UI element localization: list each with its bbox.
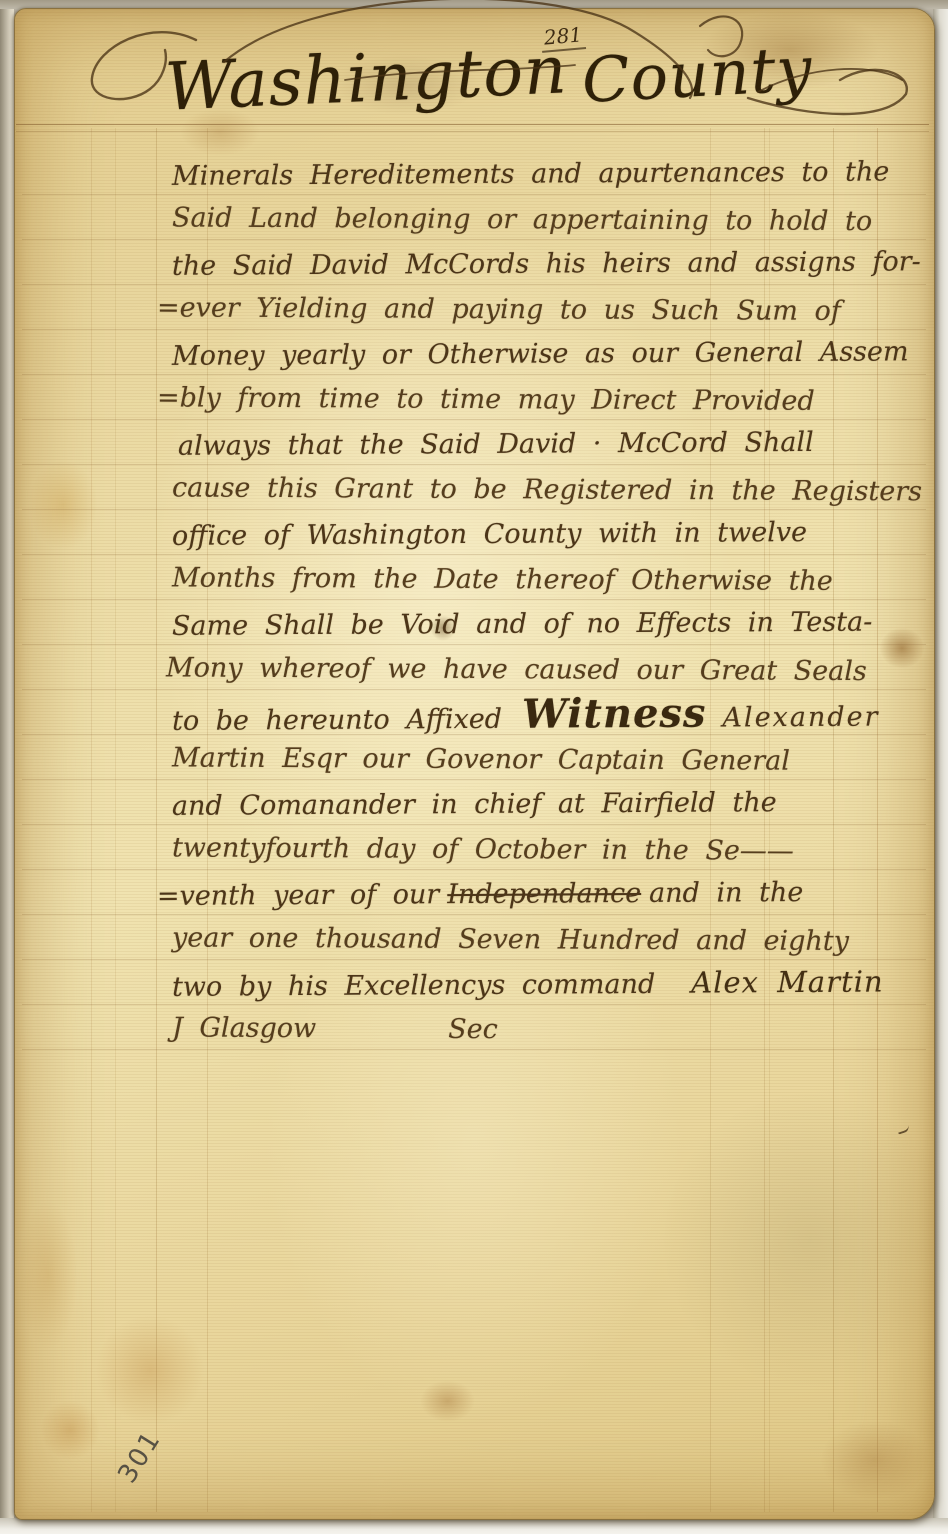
- line-text: and Comanander in chief at Fairfield the: [172, 787, 777, 822]
- manuscript-line: Months from the Date thereof Otherwise t…: [0, 555, 948, 605]
- manuscript-line: Mony whereof we have caused our Great Se…: [0, 645, 948, 695]
- line-text: Mony whereof we have caused our Great Se…: [166, 652, 867, 687]
- manuscript-line: J GlasgowSec: [0, 1005, 948, 1055]
- line-text: =ever Yielding and paying to us Such Sum…: [157, 292, 841, 327]
- manuscript-line: the Said David McCords his heirs and ass…: [0, 239, 948, 290]
- manuscript-line: cause this Grant to be Registered in the…: [0, 465, 948, 515]
- line-text-post: Alex Martin: [691, 964, 884, 999]
- manuscript-line: =venth year of ourIndependanceand in the: [0, 869, 948, 920]
- line-text: always that the Said David · McCord Shal…: [178, 427, 814, 462]
- line-text: =venth year of our: [157, 879, 439, 912]
- line-text: Months from the Date thereof Otherwise t…: [172, 562, 833, 596]
- county-title-word-2: County: [580, 32, 814, 117]
- line-text: J Glasgow: [172, 1012, 316, 1044]
- line-text: two by his Excellencys command: [172, 969, 655, 1003]
- manuscript-line: Said Land belonging or appertaining to h…: [0, 195, 948, 245]
- scanned-ledger-page: 281 Washington County Minerals Hereditem…: [0, 0, 948, 1534]
- line-emphasized-text: Independance: [447, 878, 641, 910]
- line-text-post: Alexander: [722, 702, 879, 734]
- line-text: twentyfourth day of October in the Se——: [172, 832, 794, 866]
- manuscript-line: Same Shall be Void and of no Effects in …: [0, 599, 948, 650]
- manuscript-line: Minerals Hereditements and apurtenances …: [0, 149, 948, 200]
- header-ruled-line: [16, 124, 929, 132]
- manuscript-line: and Comanander in chief at Fairfield the: [0, 779, 948, 830]
- line-text: cause this Grant to be Registered in the…: [172, 472, 922, 507]
- manuscript-line: to be hereunto AffixedWitnessAlexander: [0, 689, 948, 740]
- manuscript-line: Money yearly or Otherwise as our General…: [0, 329, 948, 380]
- manuscript-line: year one thousand Seven Hundred and eigh…: [0, 915, 948, 965]
- manuscript-body: Minerals Hereditements and apurtenances …: [0, 152, 948, 1052]
- line-text: year one thousand Seven Hundred and eigh…: [172, 922, 849, 957]
- line-text: Money yearly or Otherwise as our General…: [172, 336, 909, 371]
- line-text: the Said David McCords his heirs and ass…: [172, 246, 921, 282]
- line-emphasized-text: Witness: [522, 690, 707, 738]
- manuscript-line: always that the Said David · McCord Shal…: [0, 419, 948, 470]
- line-text: to be hereunto Affixed: [172, 704, 502, 737]
- manuscript-line: =ever Yielding and paying to us Such Sum…: [0, 285, 948, 335]
- line-text-post: Sec: [448, 1014, 498, 1045]
- manuscript-line: Martin Esqr our Govenor Captain General: [0, 735, 948, 785]
- manuscript-line: office of Washington County with in twel…: [0, 509, 948, 560]
- manuscript-line: =bly from time to time may Direct Provid…: [0, 375, 948, 425]
- line-text: Said Land belonging or appertaining to h…: [172, 202, 872, 237]
- line-text: Minerals Hereditements and apurtenances …: [172, 156, 890, 191]
- line-text-post: and in the: [649, 877, 803, 909]
- manuscript-line: two by his Excellencys commandAlex Marti…: [0, 959, 948, 1010]
- line-text: Same Shall be Void and of no Effects in …: [172, 607, 872, 642]
- line-text: office of Washington County with in twel…: [172, 517, 807, 552]
- line-text: =bly from time to time may Direct Provid…: [157, 382, 815, 416]
- manuscript-line: twentyfourth day of October in the Se——: [0, 825, 948, 875]
- line-text: Martin Esqr our Govenor Captain General: [172, 742, 790, 776]
- scan-edge-bottom: [0, 1518, 948, 1534]
